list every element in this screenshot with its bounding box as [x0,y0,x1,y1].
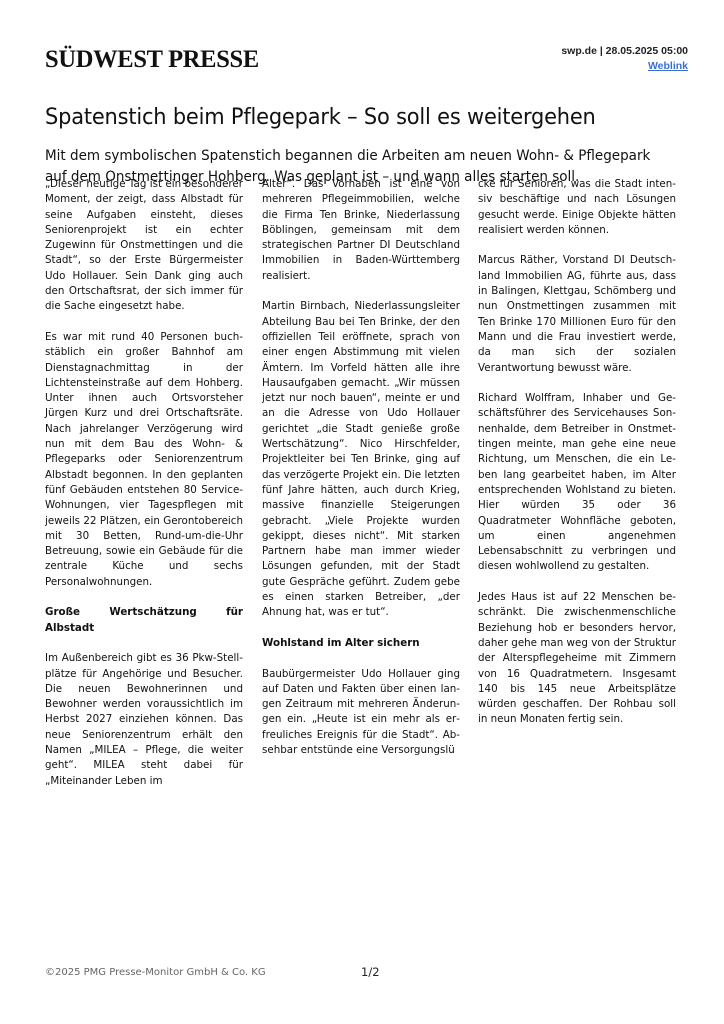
paragraph: Alter“. Das Vorhaben ist eine von meh­re… [262,177,460,284]
paragraph: Richard Wolffram, Inhaber und Ge­schäfts… [478,391,676,575]
article-column-2: Alter“. Das Vorhaben ist eine von meh­re… [262,177,460,774]
paragraph: Baubürgermeister Udo Hollauer ging auf D… [262,667,460,759]
article-meta: swp.de | 28.05.2025 05:00 Weblink [561,44,688,74]
source-date: swp.de | 28.05.2025 05:00 [561,44,688,59]
weblink-link[interactable]: Weblink [648,60,688,72]
copyright-notice: ©2025 PMG Presse-Monitor GmbH & Co. KG [45,967,266,978]
subheading: Wohlstand im Alter sichern [262,636,460,651]
paragraph: Martin Birnbach, Niederlassungsleiter Ab… [262,299,460,620]
article-column-3: cke für Senioren, was die Stadt inten­si… [478,177,676,743]
page-number: 1/2 [361,965,380,979]
paragraph: „Dieser heutige Tag ist ein besonderer M… [45,177,243,315]
subheading: Große Wertschätzung für Albstadt [45,605,243,636]
paragraph: cke für Senioren, was die Stadt inten­si… [478,177,676,238]
paragraph: Jedes Haus ist auf 22 Menschen be­schrän… [478,590,676,728]
paragraph: Marcus Räther, Vorstand DI Deutsch­land … [478,253,676,375]
paragraph: Im Außenbereich gibt es 36 Pkw-Stell­plä… [45,651,243,789]
article-column-1: „Dieser heutige Tag ist ein besonderer M… [45,177,243,804]
paragraph: Es war mit rund 40 Personen buch­stäblic… [45,330,243,590]
publication-logo: SÜDWEST PRESSE [45,44,259,74]
article-headline: Spatenstich beim Pflegepark – So soll es… [45,104,596,130]
